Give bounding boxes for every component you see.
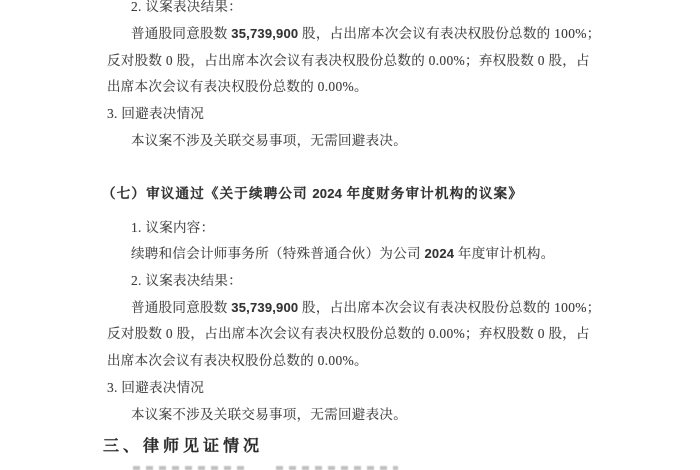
item6-recusal-statement: 本议案不涉及关联交易事项，无需回避表决。 <box>131 132 407 150</box>
item7-vote-result-heading: 2. 议案表决结果： <box>131 272 242 290</box>
item6-approve-share-line: 普通股同意股数 35,739,900 股，占出席本次会议有表决权股份总数的 10… <box>131 25 601 43</box>
item7-content-prefix: 续聘和信会计师事务所（特殊普通合伙）为公司 <box>131 246 424 261</box>
document-page: 2. 议案表决结果： 普通股同意股数 35,739,900 股，占出席本次会议有… <box>0 0 700 470</box>
item7-content-text: 续聘和信会计师事务所（特殊普通合伙）为公司 2024 年度审计机构。 <box>131 245 555 263</box>
item7-against-abstain-line-cont: 出席本次会议有表决权股份总数的 0.00%。 <box>107 352 368 370</box>
item7-approve-prefix: 普通股同意股数 <box>131 300 231 315</box>
item7-recusal-heading: 3. 回避表决情况 <box>107 379 204 397</box>
item7-content-suffix: 年度审计机构。 <box>454 246 554 261</box>
item7-approve-suffix: 股，占出席本次会议有表决权股份总数的 100%； <box>298 300 600 315</box>
truncated-bottom-line-segment <box>133 466 247 470</box>
item6-vote-result-heading: 2. 议案表决结果： <box>131 0 242 16</box>
item7-section-title: （七）审议通过《关于续聘公司 2024 年度财务审计机构的议案》 <box>102 185 523 203</box>
item6-against-abstain-line-cont: 出席本次会议有表决权股份总数的 0.00%。 <box>107 78 368 96</box>
item6-approve-suffix: 股，占出席本次会议有表决权股份总数的 100%； <box>298 26 600 41</box>
item7-recusal-statement: 本议案不涉及关联交易事项，无需回避表决。 <box>131 406 407 424</box>
item7-title-suffix: 年度财务审计机构的议案》 <box>342 186 523 201</box>
item7-against-abstain-line: 反对股数 0 股，占出席本次会议有表决权股份总数的 0.00%；弃权股数 0 股… <box>107 325 590 343</box>
item7-content-year: 2024 <box>424 246 454 261</box>
item6-approve-prefix: 普通股同意股数 <box>131 26 231 41</box>
item6-against-abstain-line: 反对股数 0 股，占出席本次会议有表决权股份总数的 0.00%；弃权股数 0 股… <box>107 52 590 70</box>
truncated-bottom-line-segment <box>276 466 398 470</box>
item7-content-heading: 1. 议案内容： <box>131 219 214 237</box>
item6-approve-share-count: 35,739,900 <box>231 26 298 41</box>
item7-title-year: 2024 <box>312 186 342 201</box>
item6-recusal-heading: 3. 回避表决情况 <box>107 105 204 123</box>
item7-approve-share-line: 普通股同意股数 35,739,900 股，占出席本次会议有表决权股份总数的 10… <box>131 299 601 317</box>
item7-approve-share-count: 35,739,900 <box>231 300 298 315</box>
item7-title-prefix: （七）审议通过《关于续聘公司 <box>102 186 312 201</box>
lawyer-witness-section-heading: 三、律师见证情况 <box>103 438 263 456</box>
